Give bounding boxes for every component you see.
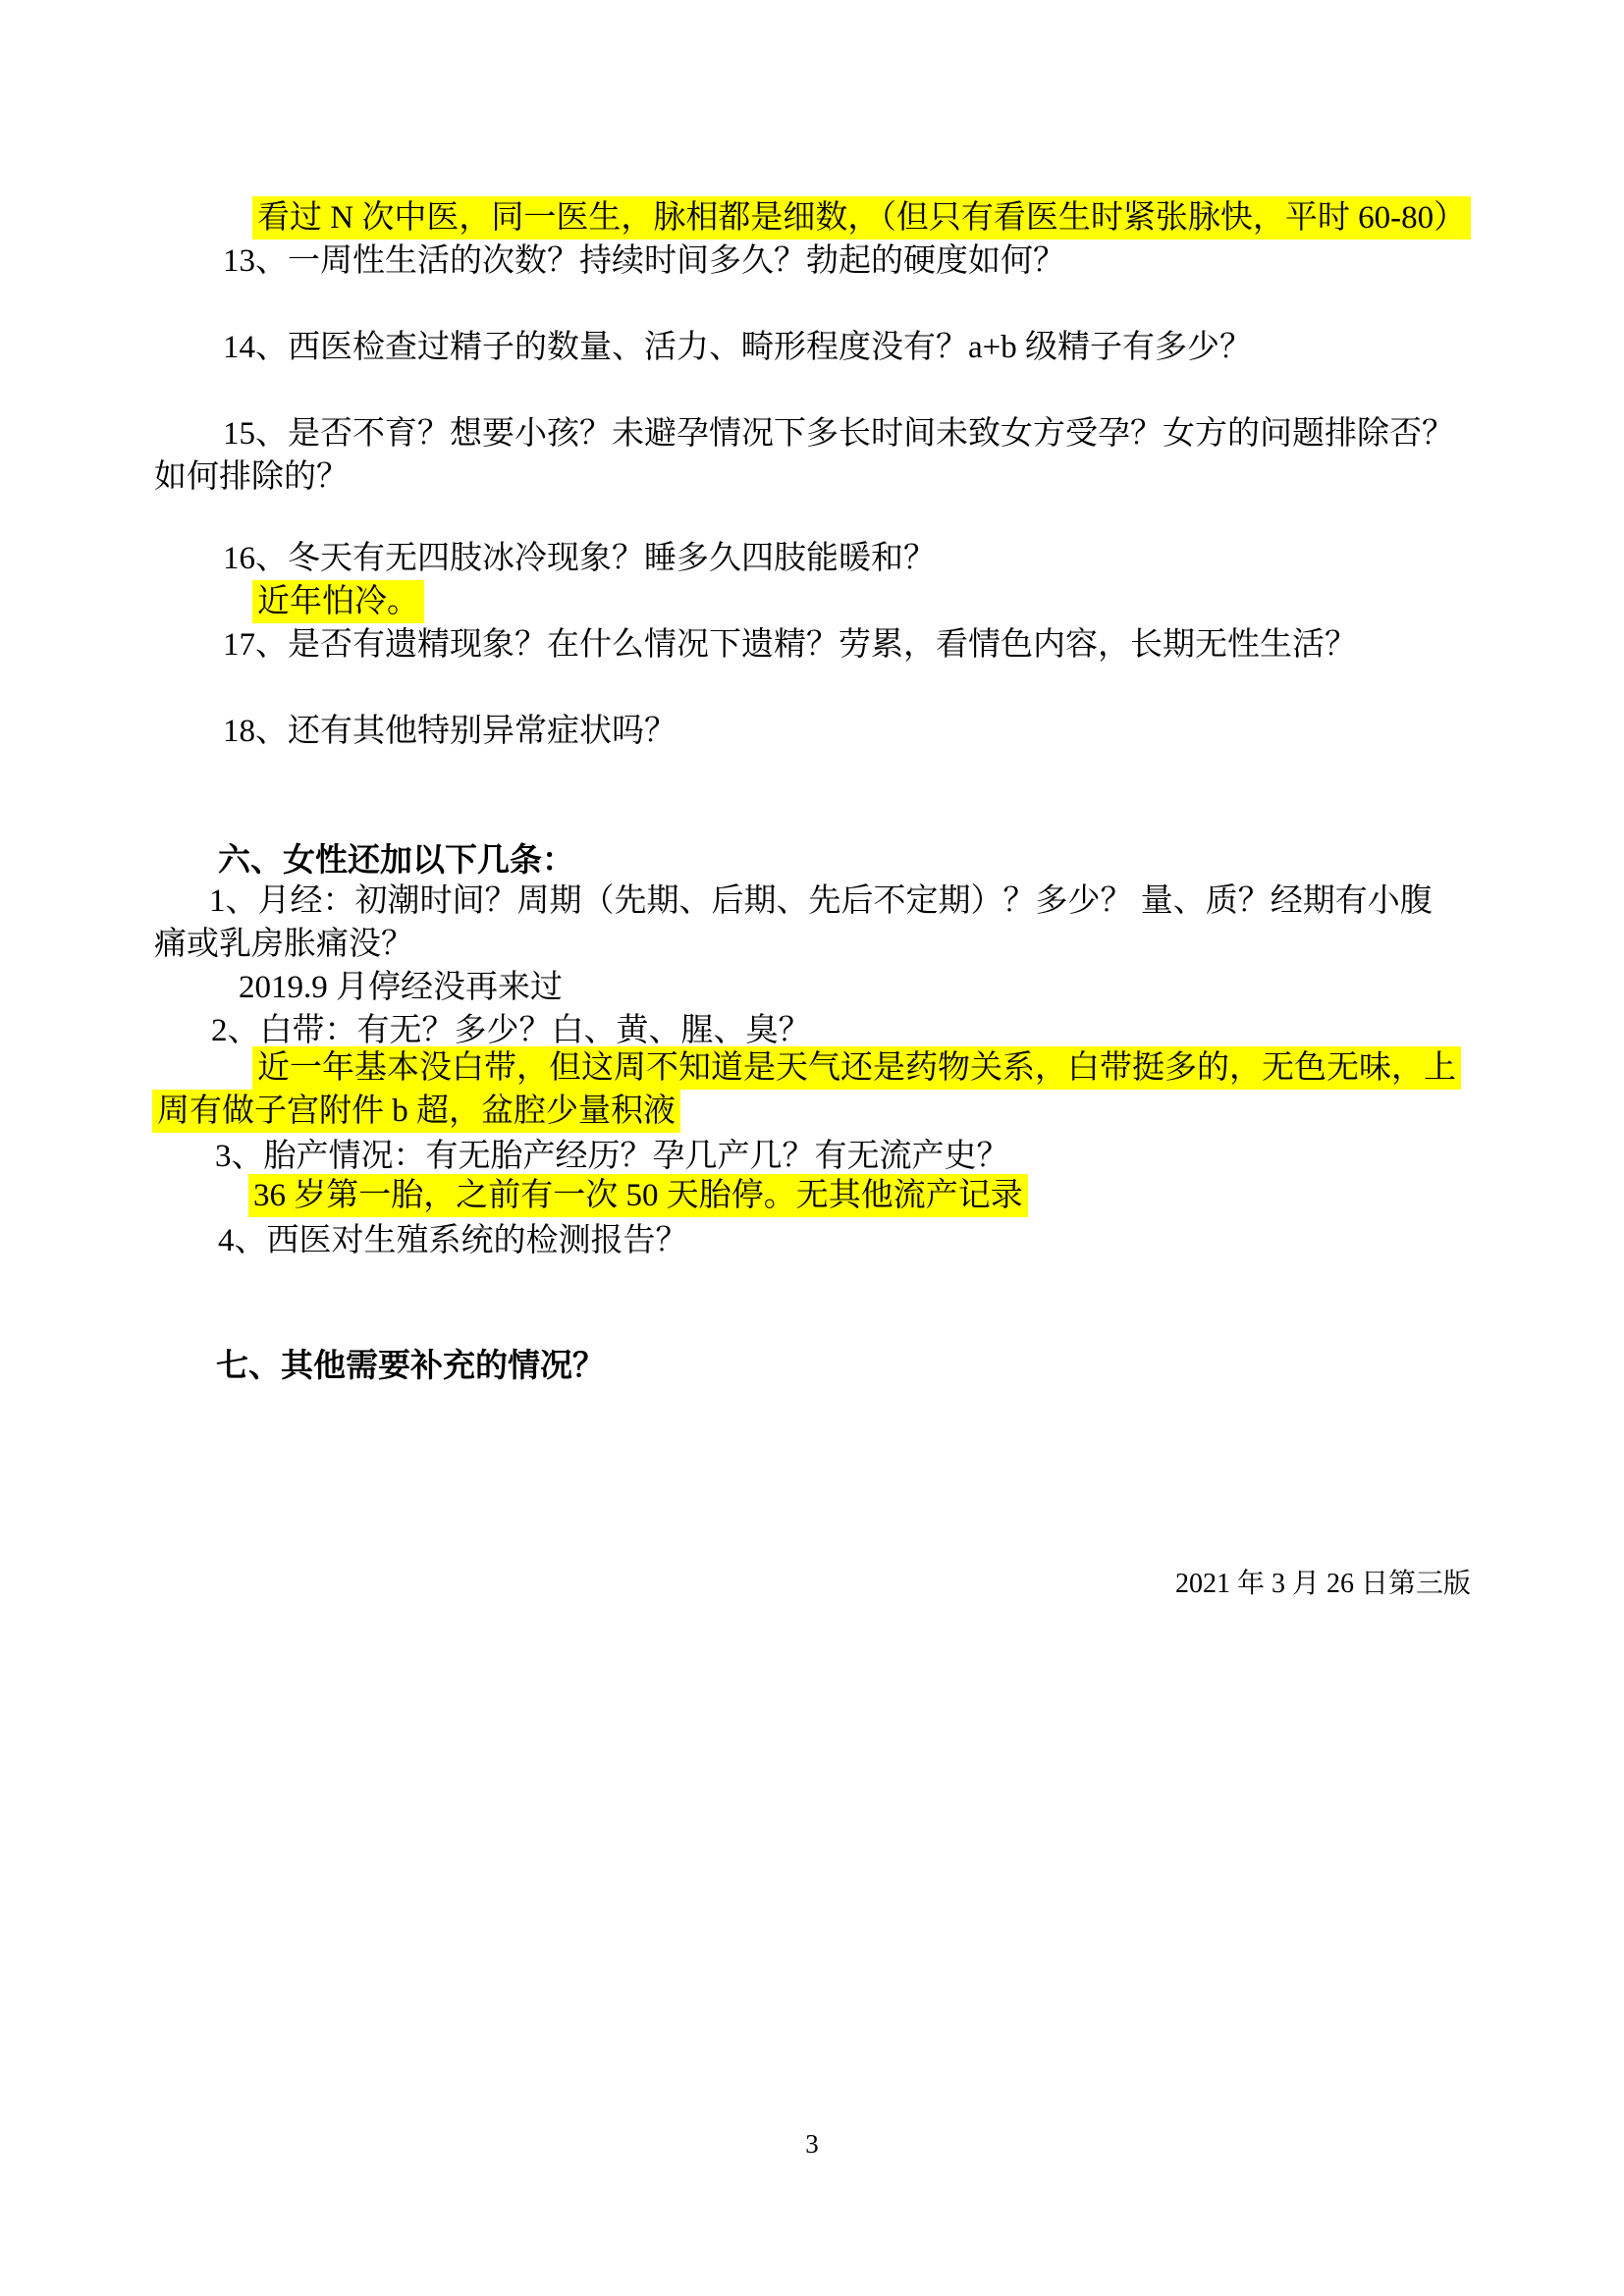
highlighted-answer-cold: 近年怕冷。 — [252, 580, 424, 623]
highlighted-answer-pregnancy: 36 岁第一胎，之前有一次 50 天胎停。无其他流产记录 — [248, 1174, 1028, 1217]
page-number: 3 — [0, 2122, 1624, 2165]
question-16: 16、冬天有无四肢冰冷现象？睡多久四肢能暖和？ — [223, 537, 936, 580]
document-page: 看过 N 次中医，同一医生，脉相都是细数，（但只有看医生时紧张脉快，平时 60-… — [0, 0, 1624, 2296]
highlight-text: 近年怕冷。 — [252, 580, 424, 623]
question-6-3: 3、胎产情况：有无胎产经历？孕几产几？有无流产史？ — [215, 1135, 1009, 1178]
section-7-heading: 七、其他需要补充的情况？ — [216, 1345, 605, 1388]
highlight-text: 36 岁第一胎，之前有一次 50 天胎停。无其他流产记录 — [248, 1174, 1028, 1217]
answer-menstruation: 2019.9 月停经没再来过 — [239, 966, 563, 1009]
question-15-line1: 15、是否不育？想要小孩？未避孕情况下多长时间未致女方受孕？女方的问题排除否？ — [223, 412, 1454, 455]
question-6-1-line1: 1、月经：初潮时间？周期（先期、后期、先后不定期）？多少？ 量、质？经期有小腹 — [209, 880, 1433, 923]
question-13: 13、一周性生活的次数？持续时间多久？勃起的硬度如何？ — [223, 240, 1065, 283]
highlight-text: 看过 N 次中医，同一医生，脉相都是细数，（但只有看医生时紧张脉快，平时 60-… — [252, 196, 1471, 240]
section-6-heading: 六、女性还加以下几条： — [218, 839, 574, 882]
edition-date: 2021 年 3 月 26 日第三版 — [1175, 1563, 1471, 1606]
highlighted-answer-discharge-line2: 周有做子宫附件 b 超，盆腔少量积液 — [152, 1090, 680, 1133]
highlighted-answer-pulse-note: 看过 N 次中医，同一医生，脉相都是细数，（但只有看医生时紧张脉快，平时 60-… — [252, 196, 1471, 240]
highlight-text: 周有做子宫附件 b 超，盆腔少量积液 — [152, 1090, 680, 1133]
question-15-line2: 如何排除的？ — [154, 455, 349, 499]
highlight-text: 近一年基本没白带，但这周不知道是天气还是药物关系，白带挺多的，无色无味，上 — [252, 1046, 1461, 1090]
question-18: 18、还有其他特别异常症状吗？ — [223, 710, 677, 753]
question-17: 17、是否有遗精现象？在什么情况下遗精？劳累，看情色内容，长期无性生活？ — [223, 623, 1357, 667]
question-14: 14、西医检查过精子的数量、活力、畸形程度没有？a+b 级精子有多少？ — [223, 326, 1252, 369]
highlighted-answer-discharge-line1: 近一年基本没白带，但这周不知道是天气还是药物关系，白带挺多的，无色无味，上 — [252, 1046, 1461, 1090]
question-6-1-line2: 痛或乳房胀痛没？ — [154, 923, 413, 966]
question-6-4: 4、西医对生殖系统的检测报告？ — [218, 1219, 688, 1262]
